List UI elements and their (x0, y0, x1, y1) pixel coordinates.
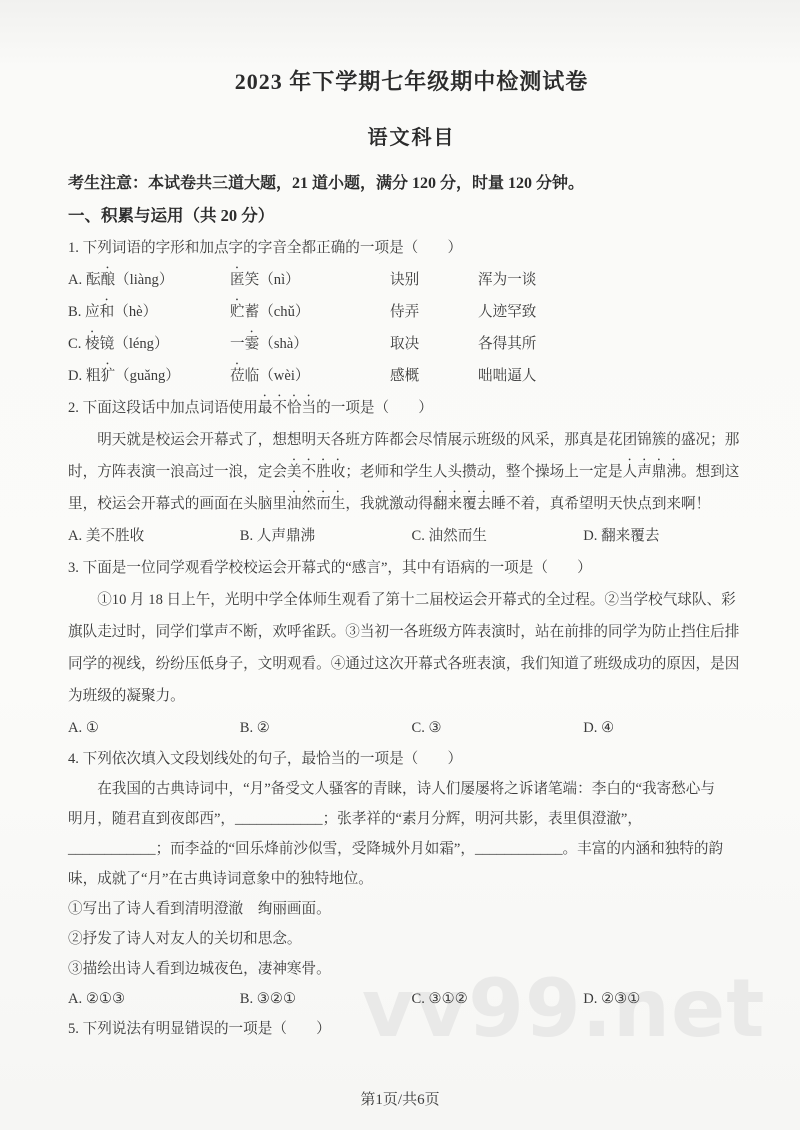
question-1-stem: 1. 下列词语的字形和加点字的字音全都正确的一项是（ ） (68, 232, 755, 264)
question-3-paragraph-line: ①10 月 18 日上午，光明中学全体师生观看了第十二届校运会开幕式的全过程。②… (68, 584, 755, 616)
emphasized-text: 莅 (230, 368, 245, 384)
emphasized-text: 最不恰当 (258, 400, 316, 416)
text-segment: 镜（léng） (100, 336, 169, 352)
exam-page: 2023 年下学期七年级期中检测试卷 语文科目 考生注意：本试卷共三道大题，21… (0, 0, 800, 1044)
text-segment: 睡不着，真希望明天快点到来啊！ (491, 496, 710, 512)
text-segment: 。想到这 (681, 464, 739, 480)
text-segment: 笑（nì） (245, 272, 300, 288)
text-segment: （liàng） (115, 272, 173, 288)
text-segment: 明天就是校运会开幕式了，想想明天各班方阵都会尽情展示班级的风采，那真是花团锦簇的… (97, 432, 739, 448)
option-cell: 各得其所 (478, 328, 755, 360)
page-number: 第1页/共6页 (0, 1088, 800, 1109)
text-segment: 浑为一谈 (478, 272, 536, 288)
question-2-paragraph-line: 时，方阵表演一浪高过一浪，定会美不胜收；老师和学生人头攒动，整个操场上一定是人声… (68, 456, 755, 488)
option-cell: 浑为一谈 (478, 264, 755, 296)
option-a: A. ① (68, 712, 240, 744)
option-cell: 咄咄逼人 (478, 360, 755, 392)
option-cell: 诀别 (390, 264, 478, 296)
option-cell: 贮蓄（chǔ） (230, 296, 390, 328)
question-4-paragraph-line: ____________；而李益的“回乐烽前沙似雪，受降城外月如霜”，_____… (68, 834, 755, 864)
question-4-item-3: ③描绘出诗人看到边城夜色，凄神寒骨。 (68, 954, 755, 984)
text-segment: ；老师和学生人头攒动，整个操场上一定是 (345, 464, 622, 480)
option-cell: 感概 (390, 360, 478, 392)
candidate-notice: 考生注意：本试卷共三道大题，21 道小题，满分 120 分，时量 120 分钟。 (68, 168, 755, 200)
text-segment: （shà） (259, 336, 308, 352)
page-title: 2023 年下学期七年级期中检测试卷 (68, 62, 755, 102)
text-segment: ，我就激动得 (345, 496, 433, 512)
text-segment: 人迹罕致 (478, 304, 536, 320)
question-4-item-1: ①写出了诗人看到清明澄澈 绚丽画面。 (68, 894, 755, 924)
question-2-stem: 2. 下面这段话中加点词语使用最不恰当的一项是（ ） (68, 392, 755, 424)
option-b: B. 人声鼎沸 (240, 520, 412, 552)
text-segment: 时，方阵表演一浪高过一浪，定会 (68, 464, 287, 480)
option-cell: D. 粗犷（guǎng） (68, 360, 230, 392)
question-5-stem: 5. 下列说法有明显错误的一项是（ ） (68, 1014, 755, 1044)
text-segment: 2. 下面这段话中加点词语使用 (68, 400, 258, 416)
emphasized-text: 霎 (245, 336, 260, 352)
option-cell: A. 酝酿（liàng） (68, 264, 230, 296)
emphasized-text: 油然而生 (287, 496, 345, 512)
question-4-paragraph-line: 在我国的古典诗词中，“月”备受文人骚客的青睐，诗人们屡屡将之诉诸笔端：李白的“我… (68, 774, 755, 804)
text-segment: C. (68, 336, 85, 352)
text-segment: 咄咄逼人 (478, 368, 536, 384)
text-segment: D. 粗 (68, 368, 100, 384)
question-3-stem: 3. 下面是一位同学观看学校校运会开幕式的“感言”，其中有语病的一项是（ ） (68, 552, 755, 584)
option-cell: 匿笑（nì） (230, 264, 390, 296)
scanned-exam-document: { "doc": { "title": "2023 年下学期七年级期中检测试卷"… (0, 0, 800, 1130)
emphasized-text: 酿 (100, 272, 115, 288)
text-segment: 一 (230, 336, 245, 352)
text-segment: 取决 (390, 336, 419, 352)
question-4-paragraph-line: 味，成就了“月”在古典诗词意象中的独特地位。 (68, 864, 755, 894)
option-cell: 侍弄 (390, 296, 478, 328)
question-1-option-a: A. 酝酿（liàng） 匿笑（nì） 诀别 浑为一谈 (68, 264, 755, 296)
text-segment: B. 应 (68, 304, 100, 320)
question-4-item-2: ②抒发了诗人对友人的关切和思念。 (68, 924, 755, 954)
option-cell: 一霎（shà） (230, 328, 390, 360)
text-segment: 各得其所 (478, 336, 536, 352)
question-1-option-b: B. 应和（hè） 贮蓄（chǔ） 侍弄 人迹罕致 (68, 296, 755, 328)
text-segment: 诀别 (390, 272, 419, 288)
text-segment: （guǎng） (115, 368, 180, 384)
text-segment: 里，校运会开幕式的画面在头脑里 (68, 496, 287, 512)
option-cell: C. 棱镜（léng） (68, 328, 230, 360)
text-segment: 感概 (390, 368, 419, 384)
question-4-options-row: A. ②①③ B. ③②① C. ③①② D. ②③① (68, 984, 755, 1014)
text-segment: （hè） (114, 304, 157, 320)
text-segment: 的一项是（ ） (316, 400, 433, 416)
question-4-block: 4. 下列依次填入文段划线处的句子，最恰当的一项是（ ） 在我国的古典诗词中，“… (68, 744, 755, 1044)
option-d: D. ④ (583, 712, 755, 744)
question-1-option-c: C. 棱镜（léng） 一霎（shà） 取决 各得其所 (68, 328, 755, 360)
option-b: B. ③②① (240, 984, 412, 1014)
text-segment: 蓄（chǔ） (245, 304, 310, 320)
option-cell: 莅临（wèi） (230, 360, 390, 392)
question-2-paragraph-line: 明天就是校运会开幕式了，想想明天各班方阵都会尽情展示班级的风采，那真是花团锦簇的… (68, 424, 755, 456)
option-a: A. ②①③ (68, 984, 240, 1014)
text-segment: A. 酝 (68, 272, 100, 288)
question-2-options-row: A. 美不胜收 B. 人声鼎沸 C. 油然而生 D. 翻来覆去 (68, 520, 755, 552)
emphasized-text: 棱 (85, 336, 100, 352)
option-d: D. 翻来覆去 (583, 520, 755, 552)
question-1-option-d: D. 粗犷（guǎng） 莅临（wèi） 感概 咄咄逼人 (68, 360, 755, 392)
question-3-paragraph-line: 旗队走过时，同学们掌声不断，欢呼雀跃。③当初一各班级方阵表演时，站在前排的同学为… (68, 616, 755, 648)
text-segment: 临（wèi） (245, 368, 310, 384)
emphasized-text: 和 (100, 304, 115, 320)
question-4-paragraph-line: 明月，随君直到夜郎西”，____________；张孝祥的“素月分辉，明河共影，… (68, 804, 755, 834)
option-cell: B. 应和（hè） (68, 296, 230, 328)
emphasized-text: 贮 (230, 304, 245, 320)
emphasized-text: 匿 (230, 272, 245, 288)
emphasized-text: 犷 (100, 368, 115, 384)
option-a: A. 美不胜收 (68, 520, 240, 552)
option-cell: 取决 (390, 328, 478, 360)
option-cell: 人迹罕致 (478, 296, 755, 328)
text-segment: 侍弄 (390, 304, 419, 320)
question-4-stem: 4. 下列依次填入文段划线处的句子，最恰当的一项是（ ） (68, 744, 755, 774)
option-d: D. ②③① (583, 984, 755, 1014)
emphasized-text: 翻来覆去 (433, 496, 491, 512)
option-c: C. 油然而生 (412, 520, 584, 552)
option-b: B. ② (240, 712, 412, 744)
option-c: C. ③①② (412, 984, 584, 1014)
subject-title: 语文科目 (68, 118, 755, 158)
option-c: C. ③ (412, 712, 584, 744)
emphasized-text: 美不胜收 (287, 464, 345, 480)
question-3-paragraph-line: 同学的视线，纷纷压低身子，文明观看。④通过这次开幕式各班表演，我们知道了班级成功… (68, 648, 755, 680)
section-heading: 一、积累与运用（共 20 分） (68, 200, 755, 232)
emphasized-text: 人声鼎沸 (623, 464, 681, 480)
question-2-paragraph-line: 里，校运会开幕式的画面在头脑里油然而生，我就激动得翻来覆去睡不着，真希望明天快点… (68, 488, 755, 520)
question-3-paragraph-line: 为班级的凝聚力。 (68, 680, 755, 712)
question-3-options-row: A. ① B. ② C. ③ D. ④ (68, 712, 755, 744)
